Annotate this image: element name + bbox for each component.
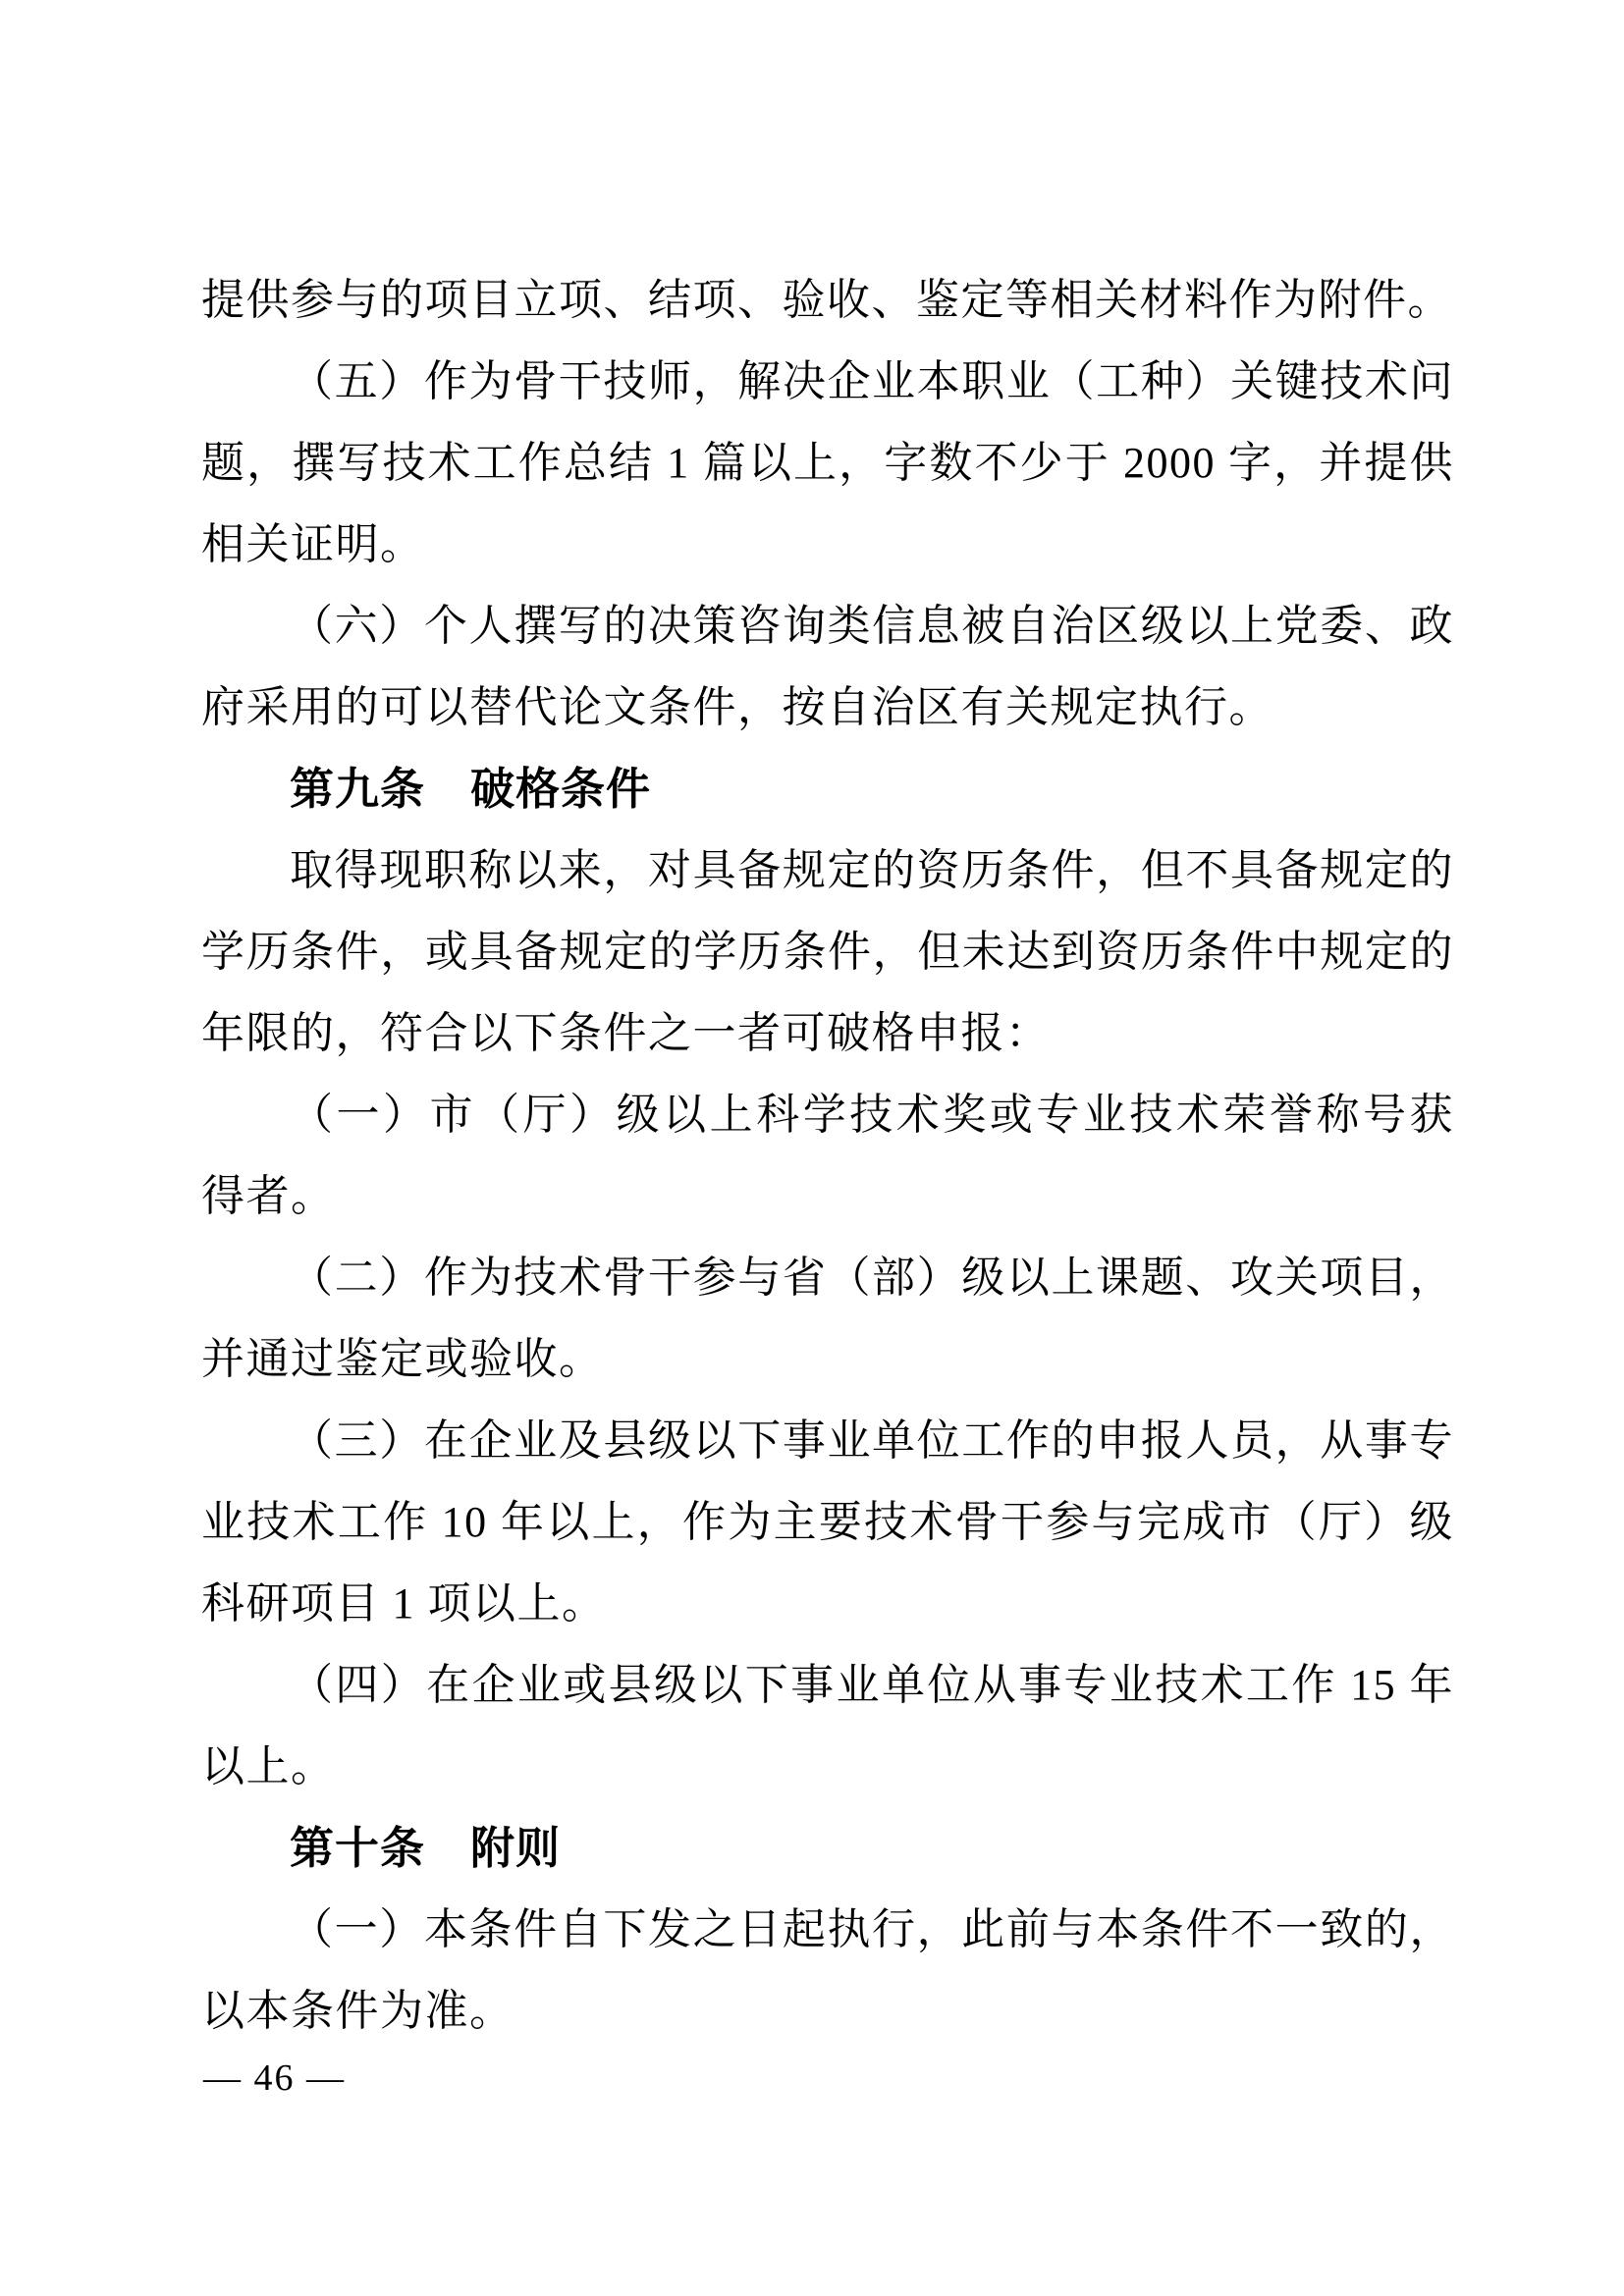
text-line: 得者。 [201,1155,1454,1237]
section-heading-article-10: 第十条 附则 [201,1807,1454,1889]
text-line: 府采用的可以替代论文条件，按自治区有关规定执行。 [201,667,1454,748]
text-line: 科研项目 1 项以上。 [201,1563,1454,1644]
text-line: （一）本条件自下发之日起执行，此前与本条件不一致的， [201,1889,1454,1970]
text-line: 并通过鉴定或验收。 [201,1318,1454,1400]
text-line: 相关证明。 [201,504,1454,585]
document-body: 提供参与的项目立项、结项、验收、鉴定等相关材料作为附件。 （五）作为骨干技师，解… [201,259,1454,2052]
text-line: 以本条件为准。 [201,1970,1454,2052]
text-line: 以上。 [201,1726,1454,1807]
text-line: 年限的，符合以下条件之一者可破格申报： [201,992,1454,1074]
text-line: （三）在企业及县级以下事业单位工作的申报人员，从事专 [201,1400,1454,1481]
document-page: 提供参与的项目立项、结项、验收、鉴定等相关材料作为附件。 （五）作为骨干技师，解… [0,0,1624,2296]
text-line: 提供参与的项目立项、结项、验收、鉴定等相关材料作为附件。 [201,259,1454,341]
page-number: — 46 — [203,2044,346,2112]
text-line: 学历条件，或具备规定的学历条件，但未达到资历条件中规定的 [201,911,1454,992]
text-line: 取得现职称以来，对具备规定的资历条件，但不具备规定的 [201,829,1454,911]
text-line: （六）个人撰写的决策咨询类信息被自治区级以上党委、政 [201,585,1454,667]
text-line: （五）作为骨干技师，解决企业本职业（工种）关键技术问 [201,341,1454,422]
text-line: （一）市（厅）级以上科学技术奖或专业技术荣誉称号获 [201,1074,1454,1155]
text-line: （四）在企业或县级以下事业单位从事专业技术工作 15 年 [201,1644,1454,1726]
text-line: （二）作为技术骨干参与省（部）级以上课题、攻关项目， [201,1237,1454,1318]
text-line: 题，撰写技术工作总结 1 篇以上，字数不少于 2000 字，并提供 [201,422,1454,504]
text-line: 业技术工作 10 年以上，作为主要技术骨干参与完成市（厅）级 [201,1481,1454,1563]
section-heading-article-9: 第九条 破格条件 [201,748,1454,829]
